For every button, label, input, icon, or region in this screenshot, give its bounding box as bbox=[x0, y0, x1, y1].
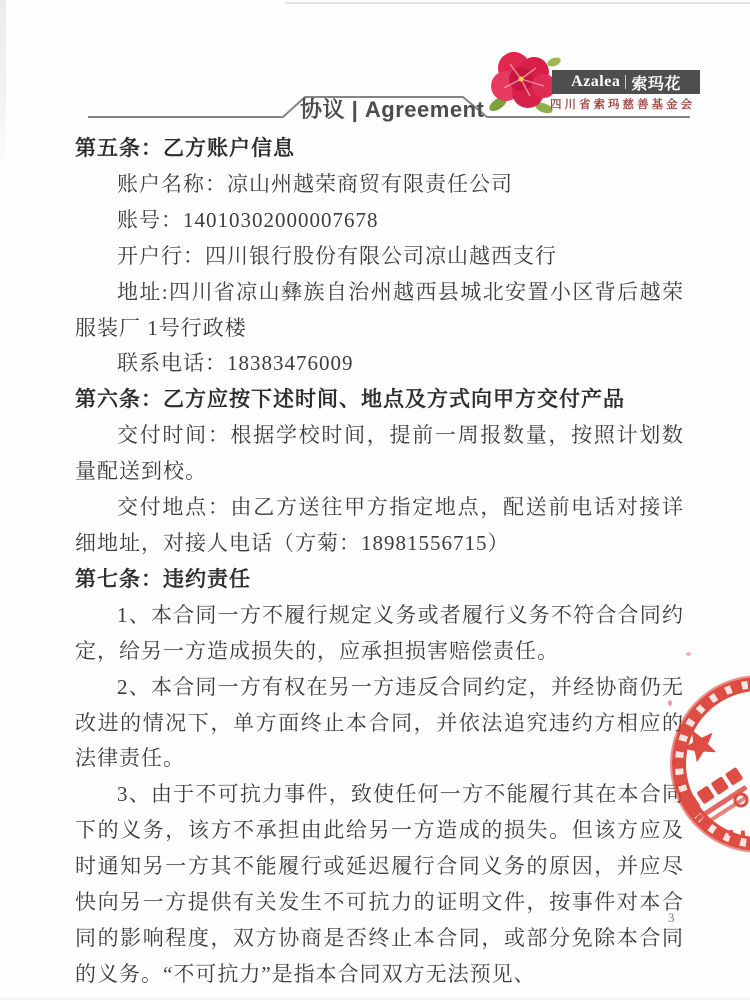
official-red-seal bbox=[655, 660, 750, 860]
logo-brand-box: Azalea 索玛花 bbox=[552, 70, 700, 94]
contract-paragraph: 账号：14010302000007678 bbox=[75, 203, 684, 239]
contract-paragraph: 交付地点：由乙方送往甲方指定地点，配送前电话对接详细地址，对接人电话（方菊：18… bbox=[75, 490, 684, 562]
document-page: 协议 | Agreement Azalea 索玛花 四川省索玛慈善基金会 bbox=[0, 0, 750, 1000]
logo-org-name: 四川省索玛慈善基金会 bbox=[550, 96, 702, 112]
contract-paragraph: 2、本合同一方有权在另一方违反合同约定，并经协商仍无改进的情况下，单方面终止本合… bbox=[75, 670, 684, 778]
banner-title: 协议 | Agreement bbox=[300, 93, 468, 124]
logo-brand-divider bbox=[625, 75, 626, 89]
contract-paragraph: 账户名称：凉山州越荣商贸有限责任公司 bbox=[75, 167, 684, 203]
logo-brand-en: Azalea bbox=[571, 73, 620, 91]
page-number: 3 bbox=[668, 910, 675, 926]
contract-paragraph: 开户行：四川银行股份有限公司凉山越西支行 bbox=[75, 239, 684, 275]
contract-paragraph: 1、本合同一方不履行规定义务或者履行义务不符合合同约定，给另一方造成损失的，应承… bbox=[75, 598, 684, 670]
banner-title-cn: 协议 bbox=[300, 97, 345, 122]
contract-paragraph: 交付时间：根据学校时间，提前一周报数量，按照计划数量配送到校。 bbox=[75, 418, 684, 490]
foundation-logo: Azalea 索玛花 四川省索玛慈善基金会 bbox=[478, 42, 708, 114]
seal-ink-speck bbox=[672, 760, 675, 764]
contract-body: 第五条：乙方账户信息账户名称：凉山州越荣商贸有限责任公司账号：140103020… bbox=[75, 131, 684, 993]
contract-paragraph: 第七条：违约责任 bbox=[75, 562, 684, 598]
seal-ink-speck bbox=[668, 700, 672, 706]
logo-brand-cn: 索玛花 bbox=[631, 71, 681, 94]
contract-paragraph: 3、由于不可抗力事件，致使任何一方不能履行其在本合同下的义务，该方不承担由此给另… bbox=[75, 777, 684, 992]
contract-paragraph: 第五条：乙方账户信息 bbox=[75, 131, 684, 167]
contract-paragraph: 地址:四川省凉山彝族自治州越西县城北安置小区背后越荣服装厂 1号行政楼 bbox=[75, 275, 684, 347]
banner-title-en: Agreement bbox=[365, 97, 484, 122]
contract-paragraph: 第六条：乙方应按下述时间、地点及方式向甲方交付产品 bbox=[75, 382, 684, 418]
banner-title-separator: | bbox=[352, 97, 359, 122]
contract-paragraph: 联系电话：18383476009 bbox=[75, 346, 684, 382]
seal-ink-speck bbox=[686, 652, 691, 656]
